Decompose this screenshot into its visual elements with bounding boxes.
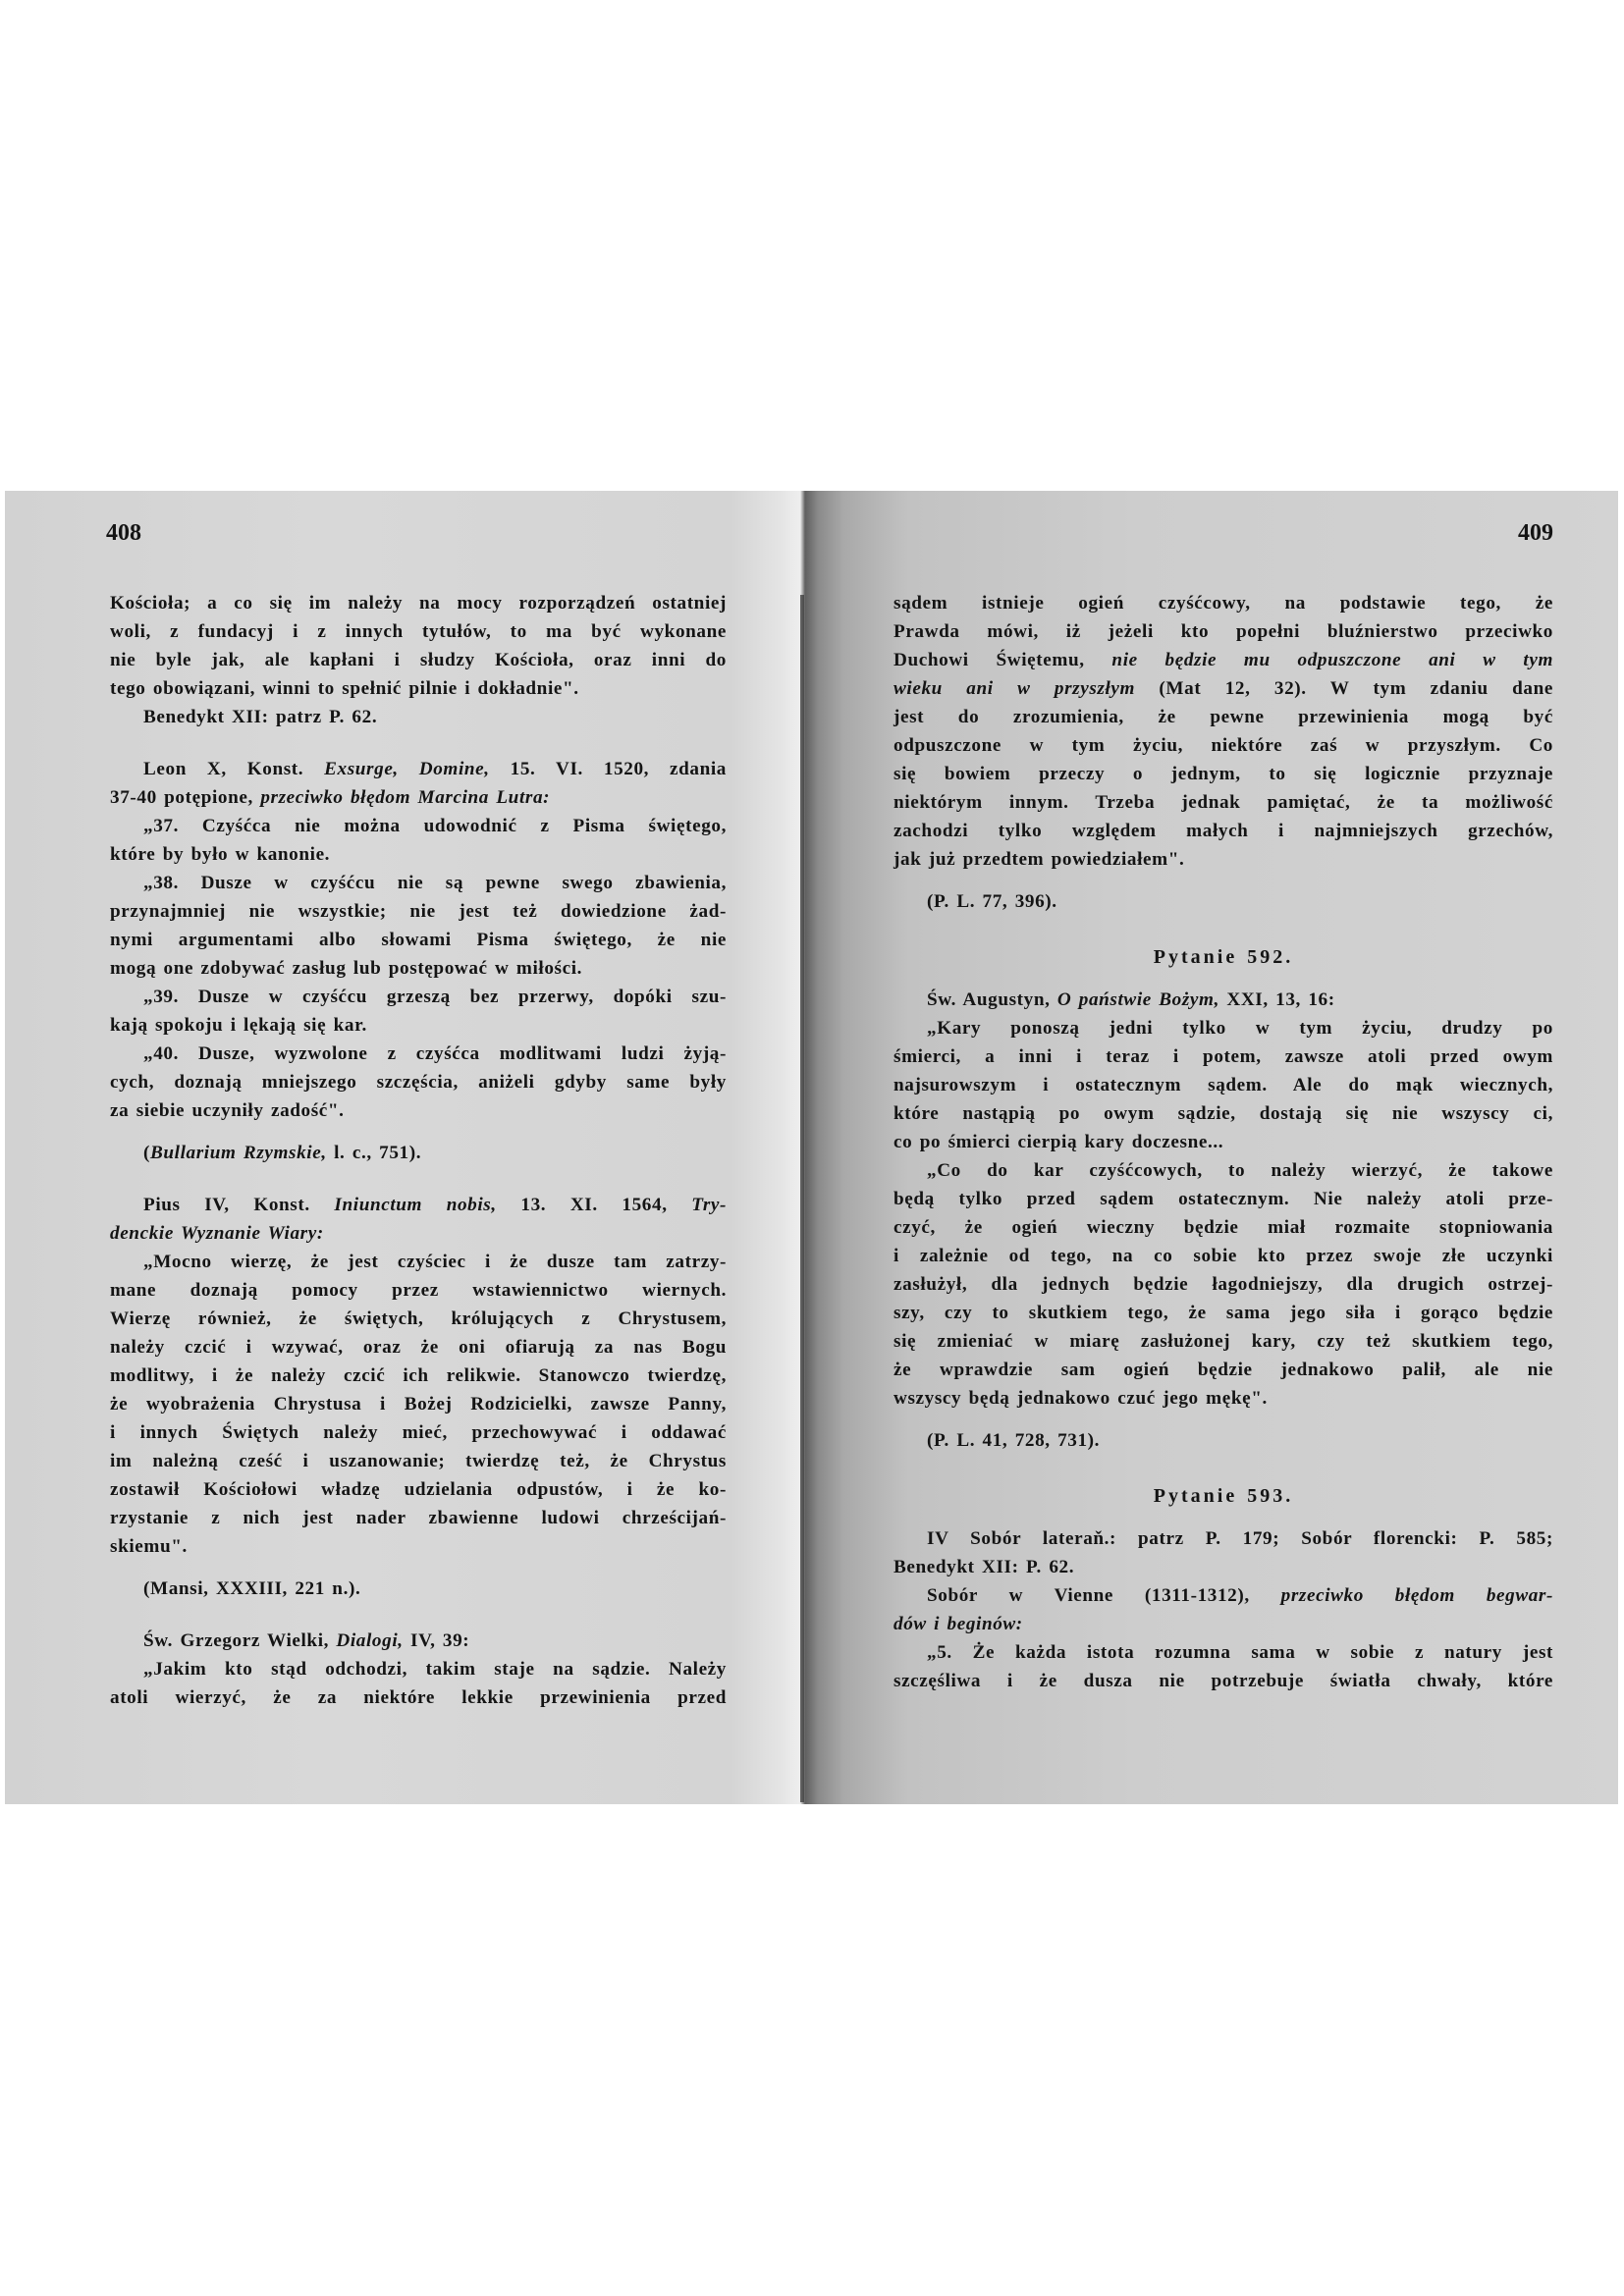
italic-title: przeciwko błędom Marcina Lutra: bbox=[260, 787, 550, 808]
text-line: „5. Że każda istota rozumna sama w sobie… bbox=[893, 1638, 1553, 1667]
quote-paragraph: „37. Czyśćca nie można udowodnić z Pisma… bbox=[110, 812, 727, 869]
text-run: Duchowi Świętemu, bbox=[893, 650, 1111, 670]
text-line: „Kary ponoszą jedni tylko w tym życiu, d… bbox=[893, 1014, 1553, 1042]
text-line: czyć, że ogień wieczny będzie miał rozma… bbox=[893, 1213, 1553, 1242]
cross-reference: Benedykt XII: patrz P. 62. bbox=[110, 703, 727, 731]
text-line: się zmieniać w miarę zasłużonej kary, cz… bbox=[893, 1327, 1553, 1356]
text-line: nymi argumentami albo słowami Pisma świę… bbox=[110, 926, 727, 954]
text-line: Benedykt XII: patrz P. 62. bbox=[143, 707, 377, 727]
italic-title: Dialogi, bbox=[336, 1630, 403, 1651]
italic-quote: nie będzie mu odpuszczone ani w tym bbox=[1111, 650, 1553, 670]
text-line: zachodzi tylko względem małych i najmnie… bbox=[893, 817, 1553, 845]
italic-title: przeciwko błędom begwar- bbox=[1281, 1585, 1553, 1606]
text-line: atoli wierzyć, że za niektóre lekkie prz… bbox=[110, 1683, 727, 1712]
text-line: „40. Dusze, wyzwolone z czyśćca modlitwa… bbox=[110, 1040, 727, 1068]
source-heading: Św. Grzegorz Wielki, Dialogi, IV, 39: bbox=[110, 1627, 727, 1655]
text-line: za siebie uczyniły zadość". bbox=[110, 1096, 727, 1125]
text-line: zostawił Kościołowi władzę udzielania od… bbox=[110, 1475, 727, 1504]
text-line: które by było w kanonie. bbox=[110, 840, 727, 869]
citation: (Mansi, XXXIII, 221 n.). bbox=[110, 1575, 727, 1603]
citation: (Bullarium Rzymskie, l. c., 751). bbox=[110, 1139, 727, 1167]
text-run: IV, 39: bbox=[404, 1630, 470, 1651]
source-heading-cont: 37-40 potępione, przeciwko błędom Marcin… bbox=[110, 783, 727, 812]
italic-title: dów i beginów: bbox=[893, 1614, 1023, 1634]
text-line: Wierzę również, że świętych, królujących… bbox=[110, 1305, 727, 1333]
quote-paragraph: „40. Dusze, wyzwolone z czyśćca modlitwa… bbox=[110, 1040, 727, 1125]
text-run: XXI, 13, 16: bbox=[1219, 989, 1335, 1010]
citation: (P. L. 77, 396). bbox=[893, 887, 1553, 916]
text-line: tego obowiązani, winni to spełnić pilnie… bbox=[110, 674, 727, 703]
text-line: Kościoła; a co się im należy na mocy roz… bbox=[110, 589, 727, 617]
source-heading: Sobór w Vienne (1311-1312), przeciwko bł… bbox=[893, 1581, 1553, 1638]
text-line: rzystanie z nich jest nader zbawienne lu… bbox=[110, 1504, 727, 1532]
source-heading: Leon X, Konst. Exsurge, Domine, 15. VI. … bbox=[110, 755, 727, 783]
citation: (P. L. 41, 728, 731). bbox=[893, 1426, 1553, 1455]
text-run: Św. Grzegorz Wielki, bbox=[143, 1630, 336, 1651]
text-line: „39. Dusze w czyśćcu grzeszą bez przerwy… bbox=[110, 983, 727, 1011]
book-gutter bbox=[800, 595, 804, 1802]
text-line: Benedykt XII: P. 62. bbox=[893, 1553, 1553, 1581]
text-line: że wyobrażenia Chrystusa i Bożej Rodzici… bbox=[110, 1390, 727, 1418]
text-line: mane doznają pomocy przez wstawiennictwo… bbox=[110, 1276, 727, 1305]
cross-reference: IV Sobór lateraň.: patrz P. 179; Sobór f… bbox=[893, 1524, 1553, 1581]
left-page-text: Kościoła; a co się im należy na mocy roz… bbox=[110, 589, 727, 1712]
text-line: „Mocno wierzę, że jest czyściec i że dus… bbox=[110, 1248, 727, 1276]
text-line: dów i beginów: bbox=[893, 1610, 1553, 1638]
text-line: wieku ani w przyszłym (Mat 12, 32). W ty… bbox=[893, 674, 1553, 703]
quote-continuation: jest do zrozumienia, że pewne przewinien… bbox=[893, 703, 1553, 874]
quote-paragraph: „39. Dusze w czyśćcu grzeszą bez przerwy… bbox=[110, 983, 727, 1040]
quote-paragraph: „Co do kar czyśćcowych, to należy wierzy… bbox=[893, 1156, 1553, 1413]
text-line: wszyscy będą jednakowo czuć jego mękę". bbox=[893, 1384, 1553, 1413]
text-line: się bowiem przeczy o jednym, to się logi… bbox=[893, 760, 1553, 788]
text-line: Prawda mówi, iż jeżeli kto popełni bluźn… bbox=[893, 617, 1553, 646]
text-line: sądem istnieje ogień czyśćcowy, na podst… bbox=[893, 589, 1553, 617]
text-line: Duchowi Świętemu, nie będzie mu odpuszcz… bbox=[893, 646, 1553, 674]
text-line: niektórym innym. Trzeba jednak pamiętać,… bbox=[893, 788, 1553, 817]
text-line: woli, z fundacyj i z innych tytułów, to … bbox=[110, 617, 727, 646]
quote-paragraph: „Kary ponoszą jedni tylko w tym życiu, d… bbox=[893, 1014, 1553, 1156]
text-line: mogą one zdobywać zasług lub postępować … bbox=[110, 954, 727, 983]
text-line: Sobór w Vienne (1311-1312), przeciwko bł… bbox=[893, 1581, 1553, 1610]
text-line: co po śmierci cierpią kary doczesne... bbox=[893, 1128, 1553, 1156]
italic-title: Exsurge, Domine, bbox=[324, 759, 490, 779]
text-line: jak już przedtem powiedziałem". bbox=[893, 845, 1553, 874]
text-line: „Co do kar czyśćcowych, to należy wierzy… bbox=[893, 1156, 1553, 1185]
text-line: modlitwy, i że należy czcić ich relikwie… bbox=[110, 1362, 727, 1390]
source-heading: Św. Augustyn, O państwie Bożym, XXI, 13,… bbox=[893, 986, 1553, 1014]
italic-title: Try- bbox=[691, 1195, 727, 1215]
text-line: należy czcić i wzywać, oraz że oni ofiar… bbox=[110, 1333, 727, 1362]
text-line: że wprawdzie sam ogień będzie jednakowo … bbox=[893, 1356, 1553, 1384]
text-line: „38. Dusze w czyśćcu nie są pewne swego … bbox=[110, 869, 727, 897]
text-line: przynajmniej nie wszystkie; nie jest też… bbox=[110, 897, 727, 926]
text-line: kają spokoju i lękają się kar. bbox=[110, 1011, 727, 1040]
quote-paragraph: „5. Że każda istota rozumna sama w sobie… bbox=[893, 1638, 1553, 1695]
text-run: Leon X, Konst. bbox=[143, 759, 324, 779]
text-run: 13. XI. 1564, bbox=[497, 1195, 691, 1215]
paragraph: Kościoła; a co się im należy na mocy roz… bbox=[110, 589, 727, 703]
text-line: szy, czy to skutkiem tego, że sama jego … bbox=[893, 1299, 1553, 1327]
italic-quote: wieku ani w przyszłym bbox=[893, 678, 1135, 699]
text-line: jest do zrozumienia, że pewne przewinien… bbox=[893, 703, 1553, 731]
italic-title: O państwie Bożym, bbox=[1057, 989, 1219, 1010]
text-run: (Mat 12, 32). W tym zdaniu dane bbox=[1135, 678, 1553, 699]
text-line: odpuszczone w tym życiu, niektóre zaś w … bbox=[893, 731, 1553, 760]
right-page-text: sądem istnieje ogień czyśćcowy, na podst… bbox=[893, 589, 1553, 1695]
text-line: i zależnie od tego, na co sobie kto prze… bbox=[893, 1242, 1553, 1270]
text-line: które nastąpią po owym sądzie, dostają s… bbox=[893, 1099, 1553, 1128]
text-line: nie byle jak, ale kapłani i słudzy Kości… bbox=[110, 646, 727, 674]
text-line: śmierci, a inni i teraz i potem, zawsze … bbox=[893, 1042, 1553, 1071]
text-line: i innych Świętych należy mieć, przechowy… bbox=[110, 1418, 727, 1447]
text-line: cych, doznają mniejszego szczęścia, aniż… bbox=[110, 1068, 727, 1096]
section-heading: Pytanie 593. bbox=[893, 1482, 1553, 1511]
text-line: zasłużył, dla jednych będzie łagodniejsz… bbox=[893, 1270, 1553, 1299]
page-number: 408 bbox=[106, 520, 141, 547]
text-line: 37-40 potępione, przeciwko błędom Marcin… bbox=[110, 783, 727, 812]
text-line: Leon X, Konst. Exsurge, Domine, 15. VI. … bbox=[110, 755, 727, 783]
text-line: skiemu". bbox=[110, 1532, 727, 1561]
text-run: Św. Augustyn, bbox=[927, 989, 1057, 1010]
text-run: Pius IV, Konst. bbox=[143, 1195, 334, 1215]
text-line: Pius IV, Konst. Iniunctum nobis, 13. XI.… bbox=[110, 1191, 727, 1219]
text-line: będą tylko przed sądem ostatecznym. Nie … bbox=[893, 1185, 1553, 1213]
text-line: szczęśliwa i że dusza nie potrzebuje świ… bbox=[893, 1667, 1553, 1695]
text-run: 15. VI. 1520, zdania bbox=[490, 759, 727, 779]
quote-paragraph: „38. Dusze w czyśćcu nie są pewne swego … bbox=[110, 869, 727, 983]
source-heading-cont: denckie Wyznanie Wiary: bbox=[110, 1219, 727, 1248]
page-number: 409 bbox=[1518, 520, 1553, 547]
section-heading: Pytanie 592. bbox=[893, 943, 1553, 972]
text-line: najsurowszym i ostatecznym sądem. Ale do… bbox=[893, 1071, 1553, 1099]
text-line: „37. Czyśćca nie można udowodnić z Pisma… bbox=[110, 812, 727, 840]
italic-title: Iniunctum nobis, bbox=[334, 1195, 496, 1215]
text-run: ( bbox=[143, 1143, 150, 1163]
text-line: IV Sobór lateraň.: patrz P. 179; Sobór f… bbox=[893, 1524, 1553, 1553]
italic-title: denckie Wyznanie Wiary: bbox=[110, 1223, 324, 1244]
quote-paragraph: „Jakim kto stąd odchodzi, takim staje na… bbox=[110, 1655, 727, 1712]
quote-paragraph: „Mocno wierzę, że jest czyściec i że dus… bbox=[110, 1248, 727, 1561]
italic-title: Bullarium Rzymskie, bbox=[150, 1143, 327, 1163]
text-run: l. c., 751). bbox=[327, 1143, 421, 1163]
source-heading: Pius IV, Konst. Iniunctum nobis, 13. XI.… bbox=[110, 1191, 727, 1219]
text-line: im należną cześć i uszanowanie; twierdzę… bbox=[110, 1447, 727, 1475]
text-run: Sobór w Vienne (1311-1312), bbox=[927, 1585, 1281, 1606]
text-line: „Jakim kto stąd odchodzi, takim staje na… bbox=[110, 1655, 727, 1683]
text-run: 37-40 potępione, bbox=[110, 787, 260, 808]
quote-continuation: sądem istnieje ogień czyśćcowy, na podst… bbox=[893, 589, 1553, 703]
